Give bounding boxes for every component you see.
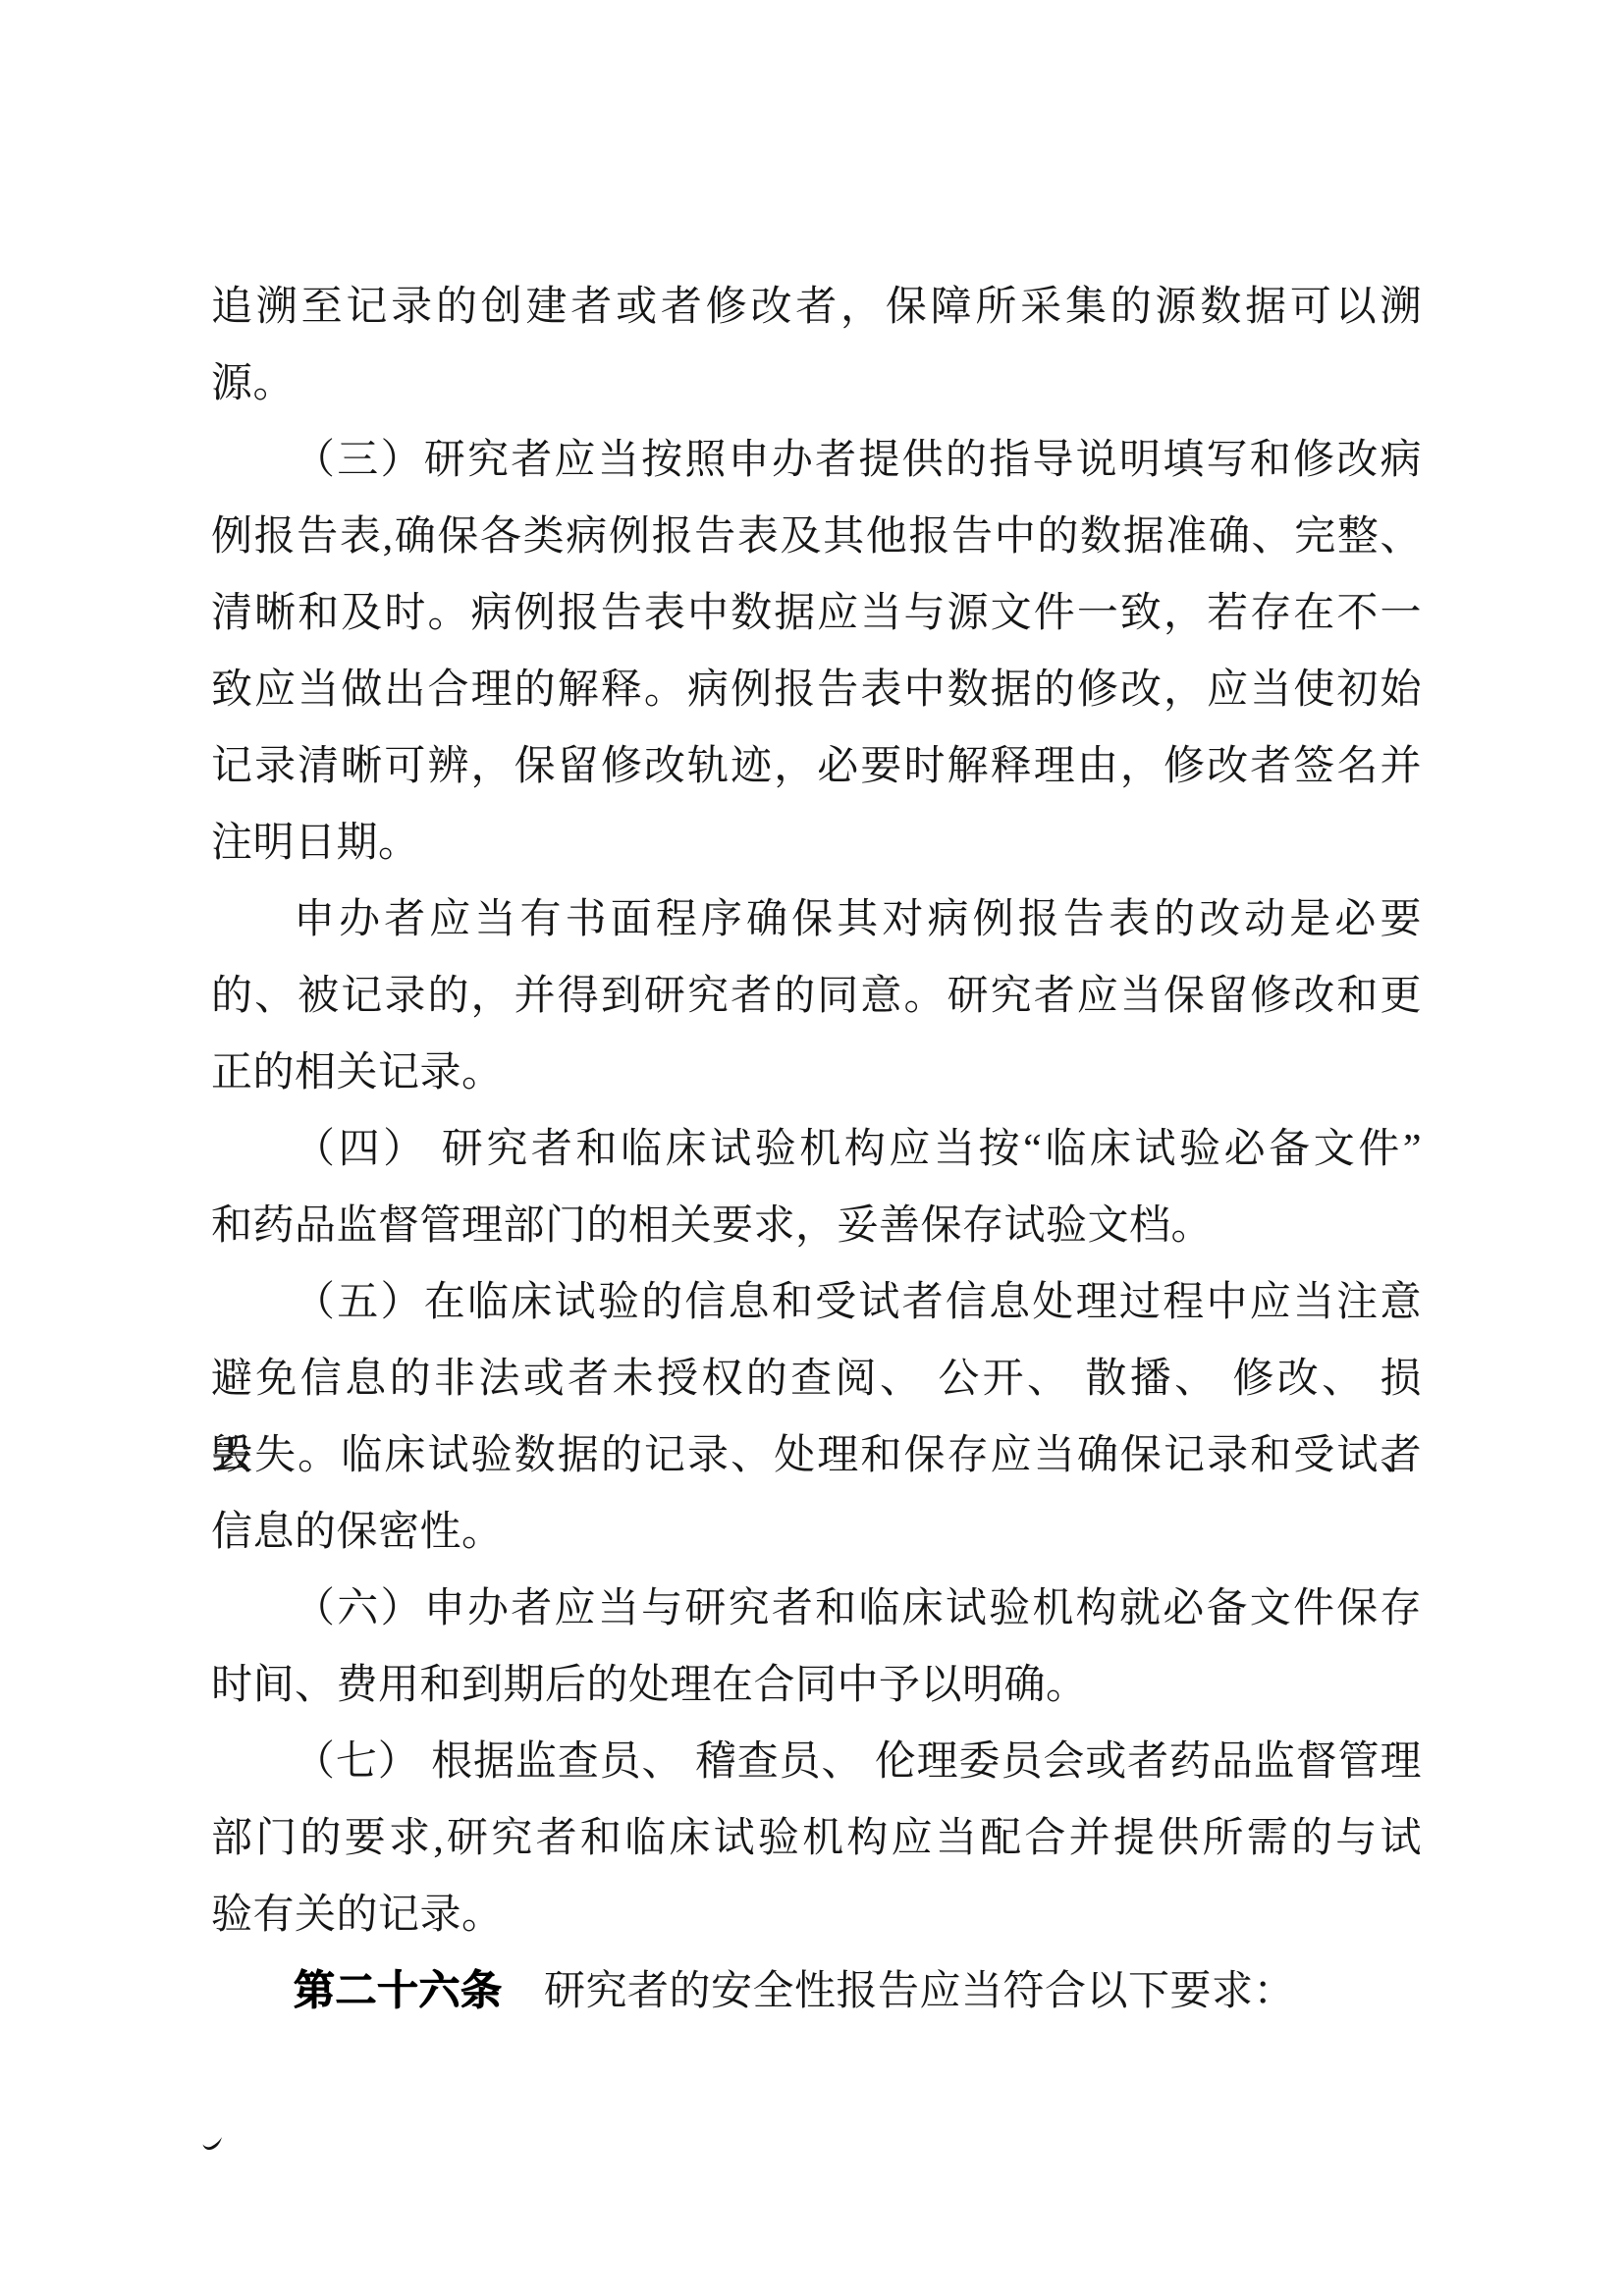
text-line: （六）申办者应当与研究者和临床试验机构就必备文件保存 xyxy=(211,1571,1422,1647)
text-line: 时间、费用和到期后的处理在合同中予以明确。 xyxy=(211,1647,1422,1724)
text-line: 源。 xyxy=(211,346,1422,422)
text-line: 注明日期。 xyxy=(211,805,1422,881)
text-line: 信息的保密性。 xyxy=(211,1494,1422,1571)
page-ink-artifact-icon xyxy=(201,2136,225,2158)
document-page: 追溯至记录的创建者或者修改者，保障所采集的源数据可以溯源。（三）研究者应当按照申… xyxy=(0,0,1624,2296)
article-number: 第二十六条 xyxy=(294,1969,503,2014)
text-line: 验有关的记录。 xyxy=(211,1877,1422,1953)
text-line: 致应当做出合理的解释。病例报告表中数据的修改，应当使初始 xyxy=(211,652,1422,728)
text-line: 的、被记录的，并得到研究者的同意。研究者应当保留修改和更 xyxy=(211,958,1422,1035)
text-line: 第二十六条 研究者的安全性报告应当符合以下要求： xyxy=(211,1953,1422,2030)
text-line: 丢失。临床试验数据的记录、处理和保存应当确保记录和受试者 xyxy=(211,1417,1422,1494)
text-line: 例报告表,确保各类病例报告表及其他报告中的数据准确、完整、 xyxy=(211,499,1422,575)
text-line: （三）研究者应当按照申办者提供的指导说明填写和修改病 xyxy=(211,422,1422,499)
text-line: 和药品监督管理部门的相关要求，妥善保存试验文档。 xyxy=(211,1188,1422,1264)
text-block: 追溯至记录的创建者或者修改者，保障所采集的源数据可以溯源。（三）研究者应当按照申… xyxy=(0,0,1624,2296)
text-line: 部门的要求,研究者和临床试验机构应当配合并提供所需的与试 xyxy=(211,1800,1422,1877)
text-line: （七） 根据监查员、 稽查员、 伦理委员会或者药品监督管理 xyxy=(211,1724,1422,1800)
text-line: （四） 研究者和临床试验机构应当按“临床试验必备文件” xyxy=(211,1111,1422,1188)
text-line: 记录清晰可辨，保留修改轨迹，必要时解释理由，修改者签名并 xyxy=(211,728,1422,805)
text-line: 清晰和及时。病例报告表中数据应当与源文件一致，若存在不一 xyxy=(211,575,1422,652)
text-line: 追溯至记录的创建者或者修改者，保障所采集的源数据可以溯 xyxy=(211,269,1422,346)
text-line: 避免信息的非法或者未授权的查阅、 公开、 散播、 修改、 损毁、 xyxy=(211,1341,1422,1417)
text-line: 正的相关记录。 xyxy=(211,1035,1422,1111)
text-line: 申办者应当有书面程序确保其对病例报告表的改动是必要 xyxy=(211,881,1422,958)
text-line: （五）在临床试验的信息和受试者信息处理过程中应当注意 xyxy=(211,1264,1422,1341)
